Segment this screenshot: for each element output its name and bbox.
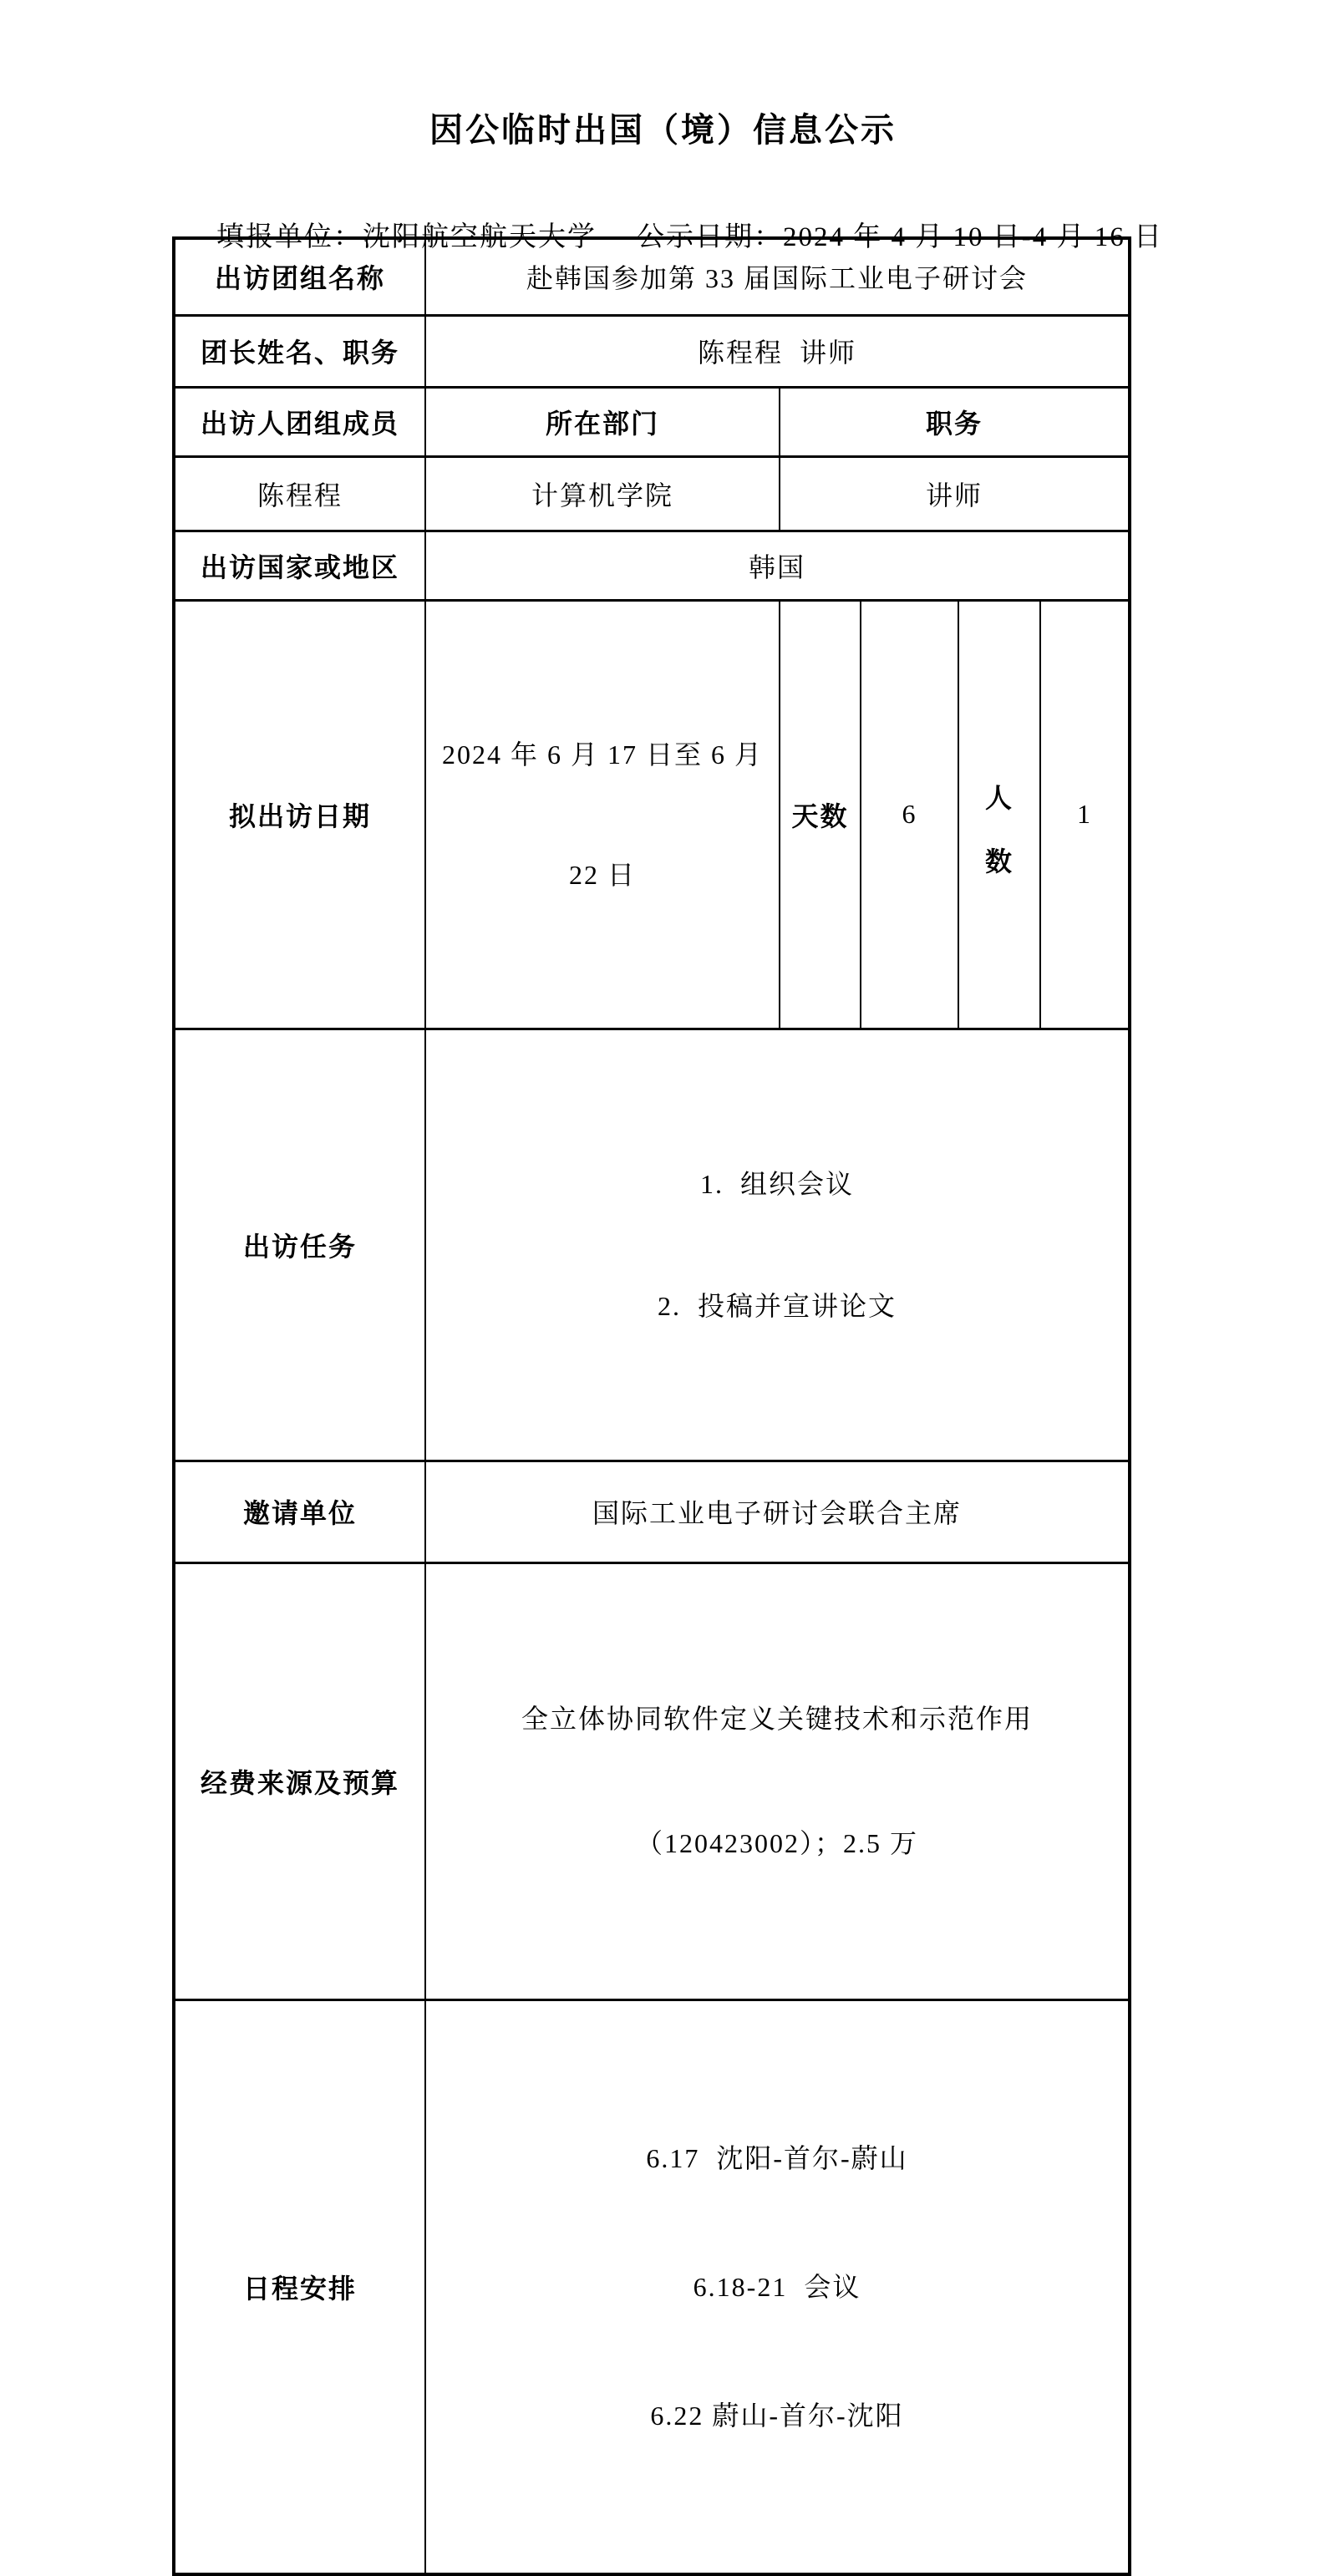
members-header-label: 出访人团组成员: [174, 387, 425, 456]
travel-notice-table: 出访团组名称 赴韩国参加第 33 届国际工业电子研讨会 团长姓名、职务 陈程程 …: [172, 236, 1131, 2576]
task-item-2: 2. 投稿并宣讲论文: [426, 1276, 1128, 1336]
people-label: 人数: [958, 600, 1040, 1029]
schedule-lines: 6.17 沈阳-首尔-蔚山 6.18-21 会议 6.22 蔚山-首尔-沈阳: [426, 2063, 1128, 2511]
row-group-name: 出访团组名称 赴韩国参加第 33 届国际工业电子研讨会: [174, 238, 1130, 315]
members-header-department: 所在部门: [425, 387, 780, 456]
funding-label: 经费来源及预算: [174, 1562, 425, 1999]
member-name: 陈程程: [174, 456, 425, 531]
schedule-label: 日程安排: [174, 1999, 425, 2574]
leader-value: 陈程程 讲师: [425, 315, 1130, 387]
task-item-1: 1. 组织会议: [426, 1154, 1128, 1214]
leader-label: 团长姓名、职务: [174, 315, 425, 387]
row-destination: 出访国家或地区 韩国: [174, 531, 1130, 600]
member-position: 讲师: [780, 456, 1130, 531]
tasks-label: 出访任务: [174, 1029, 425, 1461]
people-label-text: 人数: [983, 766, 1016, 893]
visit-date-label: 拟出访日期: [174, 600, 425, 1029]
schedule-item-2: 6.18-21 会议: [426, 2253, 1128, 2320]
funding-line-1: 全立体协同软件定义关键技术和示范作用: [426, 1688, 1128, 1750]
schedule-item-3: 6.22 蔚山-首尔-沈阳: [426, 2382, 1128, 2449]
days-label: 天数: [780, 600, 861, 1029]
row-schedule: 日程安排 6.17 沈阳-首尔-蔚山 6.18-21 会议 6.22 蔚山-首尔…: [174, 1999, 1130, 2574]
row-leader: 团长姓名、职务 陈程程 讲师: [174, 315, 1130, 387]
visit-date-lines: 2024 年 6 月 17 日至 6 月 22 日: [426, 663, 779, 966]
destination-label: 出访国家或地区: [174, 531, 425, 600]
schedule-item-1: 6.17 沈阳-首尔-蔚山: [426, 2125, 1128, 2192]
funding-lines: 全立体协同软件定义关键技术和示范作用 （120423002）；2.5 万: [426, 1626, 1128, 1937]
tasks-value: 1. 组织会议 2. 投稿并宣讲论文: [425, 1029, 1130, 1461]
visit-date-value: 2024 年 6 月 17 日至 6 月 22 日: [425, 600, 780, 1029]
funding-value: 全立体协同软件定义关键技术和示范作用 （120423002）；2.5 万: [425, 1562, 1130, 1999]
inviting-unit-label: 邀请单位: [174, 1461, 425, 1562]
people-value: 1: [1040, 600, 1130, 1029]
visit-date-line-2: 22 日: [426, 846, 779, 904]
inviting-unit-value: 国际工业电子研讨会联合主席: [425, 1461, 1130, 1562]
members-header-position: 职务: [780, 387, 1130, 456]
destination-value: 韩国: [425, 531, 1130, 600]
page-title: 因公临时出国（境）信息公示: [0, 104, 1326, 151]
visit-date-line-1: 2024 年 6 月 17 日至 6 月: [426, 725, 779, 784]
member-department: 计算机学院: [425, 456, 780, 531]
row-members-header: 出访人团组成员 所在部门 职务: [174, 387, 1130, 456]
tasks-lines: 1. 组织会议 2. 投稿并宣讲论文: [426, 1092, 1128, 1398]
document-page: 因公临时出国（境）信息公示 填报单位：沈阳航空航天大学公示日期：2024 年 4…: [0, 0, 1326, 1622]
days-value: 6: [861, 600, 958, 1029]
row-funding: 经费来源及预算 全立体协同软件定义关键技术和示范作用 （120423002）；2…: [174, 1562, 1130, 1999]
group-name-label: 出访团组名称: [174, 238, 425, 315]
row-inviting-unit: 邀请单位 国际工业电子研讨会联合主席: [174, 1461, 1130, 1562]
funding-line-2: （120423002）；2.5 万: [426, 1812, 1128, 1875]
row-tasks: 出访任务 1. 组织会议 2. 投稿并宣讲论文: [174, 1029, 1130, 1461]
row-member: 陈程程 计算机学院 讲师: [174, 456, 1130, 531]
row-visit-date: 拟出访日期 2024 年 6 月 17 日至 6 月 22 日 天数 6 人数 …: [174, 600, 1130, 1029]
group-name-value: 赴韩国参加第 33 届国际工业电子研讨会: [425, 238, 1130, 315]
schedule-value: 6.17 沈阳-首尔-蔚山 6.18-21 会议 6.22 蔚山-首尔-沈阳: [425, 1999, 1130, 2574]
